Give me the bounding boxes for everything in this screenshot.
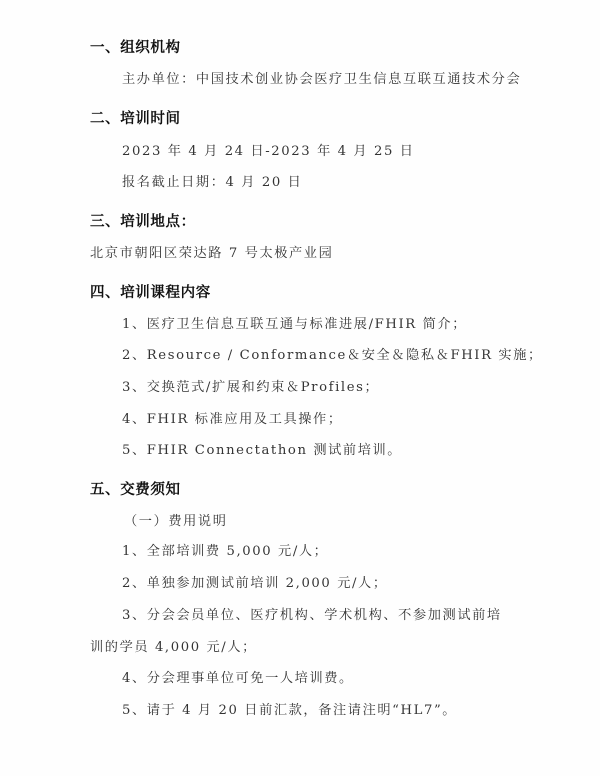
section-heading-training-location: 三、培训地点： bbox=[90, 212, 196, 232]
section-heading-course-content: 四、培训课程内容 bbox=[90, 283, 211, 303]
course-item-3: 3、交换范式/扩展和约束＆Profiles； bbox=[122, 378, 379, 398]
training-address: 北京市朝阳区荣达路 7 号太极产业园 bbox=[90, 244, 333, 264]
fee-item-5: 5、请于 4 月 20 日前汇款，备注请注明“HL7”。 bbox=[122, 701, 457, 721]
document-page: 一、组织机构 主办单位：中国技术创业协会医疗卫生信息互联互通技术分会 二、培训时… bbox=[0, 0, 600, 776]
course-item-5: 5、FHIR Connectathon 测试前培训。 bbox=[122, 441, 402, 461]
section-heading-training-time: 二、培训时间 bbox=[90, 109, 181, 129]
fee-item-3: 3、分会会员单位、医疗机构、学术机构、不参加测试前培 bbox=[122, 606, 502, 626]
section-heading-organization: 一、组织机构 bbox=[90, 38, 181, 58]
section-heading-fee-notice: 五、交费须知 bbox=[90, 480, 181, 500]
fee-item-3-continued: 训的学员 4,000 元/人； bbox=[90, 638, 257, 658]
training-dates: 2023 年 4 月 24 日-2023 年 4 月 25 日 bbox=[122, 142, 415, 162]
course-item-1: 1、医疗卫生信息互联互通与标准进展/FHIR 简介； bbox=[122, 315, 467, 335]
course-item-4: 4、FHIR 标准应用及工具操作； bbox=[122, 410, 343, 430]
fee-subheading: （一）费用说明 bbox=[124, 512, 228, 532]
fee-item-2: 2、单独参加测试前培训 2,000 元/人； bbox=[122, 574, 388, 594]
registration-deadline: 报名截止日期：4 月 20 日 bbox=[122, 173, 302, 193]
fee-item-1: 1、全部培训费 5,000 元/人； bbox=[122, 542, 328, 562]
course-item-2: 2、Resource / Conformance＆安全＆隐私＆FHIR 实施； bbox=[122, 346, 543, 366]
organizer-line: 主办单位：中国技术创业协会医疗卫生信息互联互通技术分会 bbox=[122, 70, 521, 90]
fee-item-4: 4、分会理事单位可免一人培训费。 bbox=[122, 669, 354, 689]
